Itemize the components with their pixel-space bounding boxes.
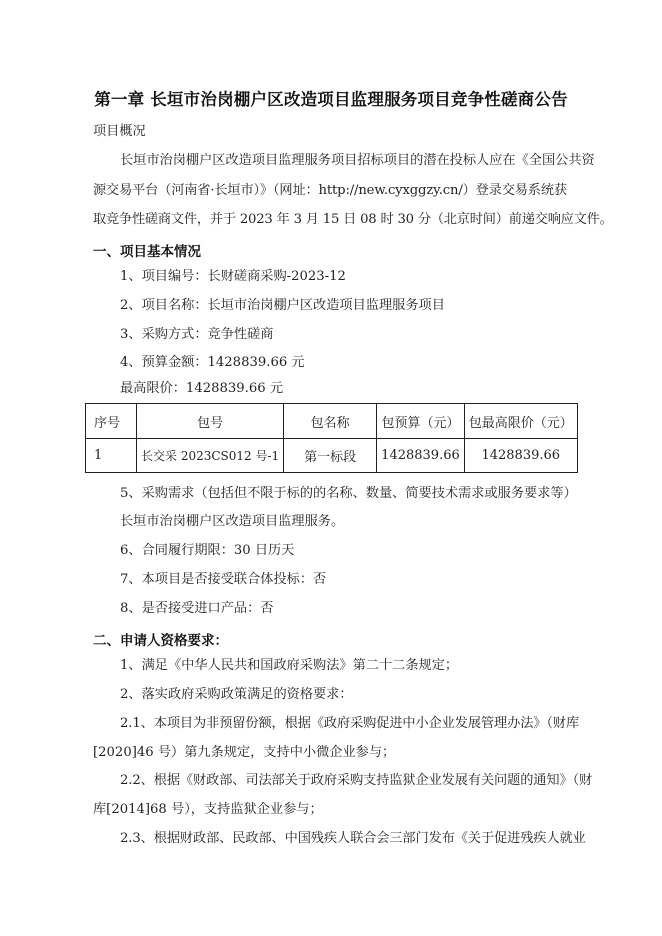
- max-price: 最高限价：1428839.66 元: [120, 380, 283, 398]
- project-number: 1、项目编号：长财磋商采购-2023-12: [120, 268, 346, 286]
- table-row: 1 长交采 2023CS012 号-1 第一标段 1428839.66 1428…: [86, 439, 578, 473]
- budget-amount: 4、预算金额：1428839.66 元: [120, 354, 305, 372]
- cell-seq: 1: [86, 439, 137, 473]
- overview-line-1: 长垣市治岗棚户区改造项目监理服务项目招标项目的潜在投标人应在《全国公共资: [120, 152, 595, 170]
- procurement-requirement: 5、采购需求（包括但不限于标的的名称、数量、简要技术需求或服务要求等）: [120, 485, 577, 503]
- package-table: 序号 包号 包名称 包预算（元） 包最高限价（元） 1 长交采 2023CS01…: [85, 403, 578, 473]
- document-page: 第一章 长垣市治岗棚户区改造项目监理服务项目竞争性磋商公告 项目概况 长垣市治岗…: [0, 0, 662, 936]
- qualification-2-1-cont: [2020]46 号）第九条规定，支持中小微企业参与；: [93, 744, 395, 762]
- section1-heading: 一、项目基本情况: [93, 240, 201, 260]
- imported-products: 8、是否接受进口产品：否: [120, 600, 273, 618]
- qualification-2: 2、落实政府采购政策满足的资格要求：: [120, 686, 353, 704]
- overview-line-2: 源交易平台（河南省·长垣市）》（网址：http://new.cyxggzy.cn…: [93, 182, 567, 200]
- header-package-name: 包名称: [284, 404, 377, 439]
- consortium-bidding: 7、本项目是否接受联合体投标：否: [120, 571, 326, 589]
- header-package-no: 包号: [137, 404, 284, 439]
- procurement-method: 3、采购方式：竞争性磋商: [120, 326, 273, 344]
- qualification-2-1: 2.1、本项目为非预留份额，根据《政府采购促进中小企业发展管理办法》（财库: [120, 715, 579, 733]
- cell-package-budget: 1428839.66: [377, 439, 465, 473]
- qualification-2-3: 2.3、根据财政部、民政部、中国残疾人联合会三部门发布《关于促进残疾人就业: [120, 830, 586, 848]
- requirement-detail: 长垣市治岗棚户区改造项目监理服务。: [120, 513, 344, 531]
- project-name: 2、项目名称：长垣市治岗棚户区改造项目监理服务项目: [120, 297, 445, 315]
- cell-package-name: 第一标段: [284, 439, 377, 473]
- header-package-max-price: 包最高限价（元）: [464, 404, 577, 439]
- qualification-1: 1、满足《中华人民共和国政府采购法》第二十二条规定；: [120, 657, 458, 675]
- qualification-2-2: 2.2、根据《财政部、司法部关于政府采购支持监狱企业发展有关问题的通知》（财: [120, 772, 592, 790]
- cell-package-max-price: 1428839.66: [464, 439, 577, 473]
- section2-heading: 二、申请人资格要求：: [93, 629, 228, 649]
- header-package-budget: 包预算（元）: [377, 404, 465, 439]
- cell-package-no: 长交采 2023CS012 号-1: [137, 439, 284, 473]
- table-header-row: 序号 包号 包名称 包预算（元） 包最高限价（元）: [86, 404, 578, 439]
- qualification-2-2-cont: 库[2014]68 号），支持监狱企业参与；: [93, 801, 323, 819]
- overview-line-3: 取竞争性磋商文件，并于 2023 年 3 月 15 日 08 时 30 分（北京…: [93, 211, 613, 229]
- overview-heading: 项目概况: [93, 123, 146, 141]
- document-title: 第一章 长垣市治岗棚户区改造项目监理服务项目竞争性磋商公告: [0, 86, 662, 110]
- header-seq: 序号: [86, 404, 137, 439]
- contract-period: 6、合同履行期限：30 日历天: [120, 542, 294, 560]
